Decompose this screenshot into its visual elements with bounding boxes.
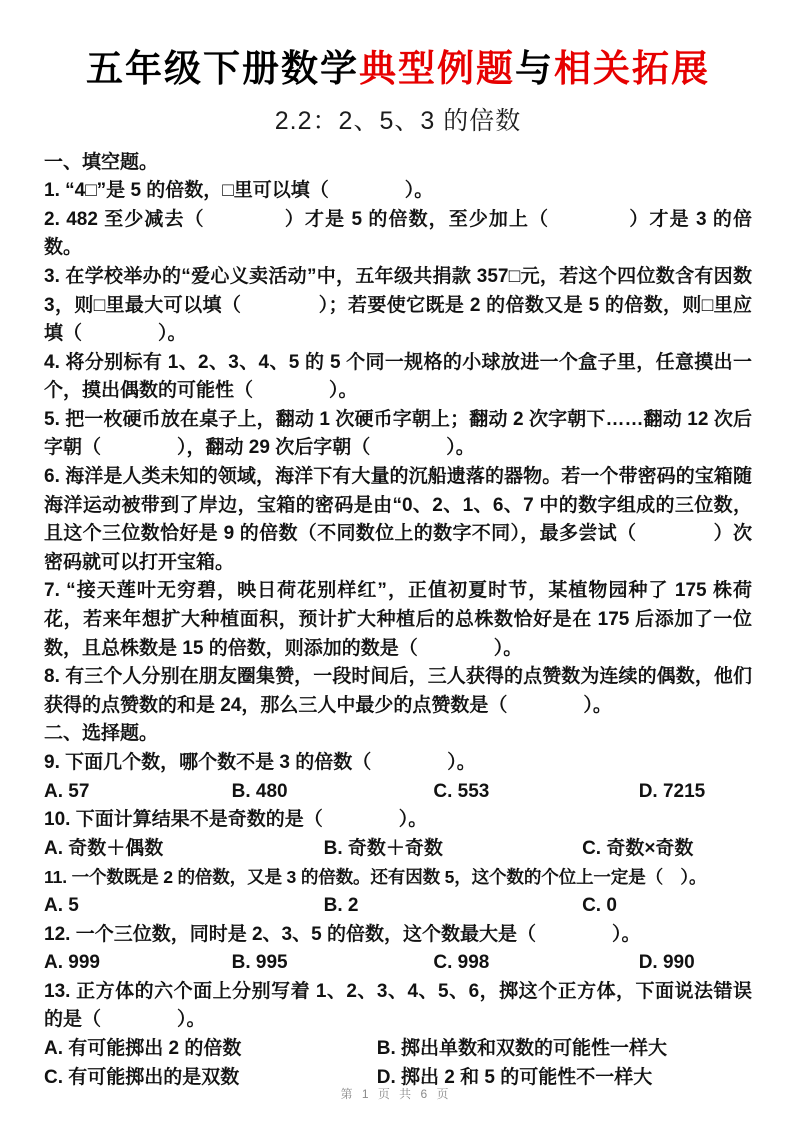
question-3: 3. 在学校举办的“爱心义卖活动”中，五年级共捐款 357□元，若这个四位数含有… [44, 263, 752, 349]
option-a: A. 有可能掷出 2 的倍数 [44, 1035, 377, 1064]
option-c: C. 553 [433, 778, 638, 807]
choice-section-heading: 二、选择题。 [44, 720, 752, 749]
option-a: A. 57 [44, 778, 232, 807]
option-b: B. 480 [232, 778, 434, 807]
worksheet-page: 五年级下册数学典型例题与相关拓展 2.2：2、5、3 的倍数 一、填空题。 1.… [0, 0, 792, 1122]
question-12: 12. 一个三位数，同时是 2、3、5 的倍数，这个数最大是（ ）。 [44, 921, 752, 950]
option-d: D. 990 [639, 949, 752, 978]
question-7: 7. “接天莲叶无穷碧，映日荷花别样红”，正值初夏时节，某植物园种了 175 株… [44, 577, 752, 663]
question-2: 2. 482 至少减去（ ）才是 5 的倍数，至少加上（ ）才是 3 的倍数。 [44, 206, 752, 263]
question-12-options: A. 999 B. 995 C. 998 D. 990 [44, 949, 752, 978]
title-part-typical-examples: 典型例题 [359, 48, 515, 89]
option-c: C. 奇数×奇数 [582, 835, 752, 864]
question-9: 9. 下面几个数，哪个数不是 3 的倍数（ ）。 [44, 749, 752, 778]
option-b: B. 奇数＋奇数 [324, 835, 582, 864]
option-a: A. 奇数＋偶数 [44, 835, 324, 864]
title-part-grade: 五年级下册数学 [86, 48, 359, 89]
question-6: 6. 海洋是人类未知的领域，海洋下有大量的沉船遗落的器物。若一个带密码的宝箱随海… [44, 463, 752, 577]
page-footer: 第 1 页 共 6 页 [0, 1085, 792, 1102]
question-8: 8. 有三个人分别在朋友圈集赞，一段时间后，三人获得的点赞数为连续的偶数，他们获… [44, 663, 752, 720]
title-part-and: 与 [515, 48, 554, 89]
question-13-options-row-1: A. 有可能掷出 2 的倍数 B. 掷出单数和双数的可能性一样大 [44, 1035, 752, 1064]
question-5: 5. 把一枚硬币放在桌子上，翻动 1 次硬币字朝上；翻动 2 次字朝下……翻动 … [44, 406, 752, 463]
option-c: C. 998 [433, 949, 638, 978]
page-title: 五年级下册数学典型例题与相关拓展 [44, 48, 752, 91]
option-b: B. 995 [232, 949, 434, 978]
question-11: 11. 一个数既是 2 的倍数，又是 3 的倍数。还有因数 5，这个数的个位上一… [44, 863, 752, 892]
option-a: A. 999 [44, 949, 232, 978]
question-11-options: A. 5 B. 2 C. 0 [44, 892, 752, 921]
option-a: A. 5 [44, 892, 324, 921]
title-part-extension: 相关拓展 [554, 48, 710, 89]
question-9-options: A. 57 B. 480 C. 553 D. 7215 [44, 778, 752, 807]
question-4: 4. 将分别标有 1、2、3、4、5 的 5 个同一规格的小球放进一个盒子里，任… [44, 349, 752, 406]
question-1: 1. “4□”是 5 的倍数，□里可以填（ ）。 [44, 177, 752, 206]
lesson-subtitle: 2.2：2、5、3 的倍数 [44, 101, 752, 137]
question-10: 10. 下面计算结果不是奇数的是（ ）。 [44, 806, 752, 835]
worksheet-body: 一、填空题。 1. “4□”是 5 的倍数，□里可以填（ ）。 2. 482 至… [44, 149, 752, 1093]
question-13: 13. 正方体的六个面上分别写着 1、2、3、4、5、6，掷这个正方体，下面说法… [44, 978, 752, 1035]
fill-in-section-heading: 一、填空题。 [44, 149, 752, 178]
question-10-options: A. 奇数＋偶数 B. 奇数＋奇数 C. 奇数×奇数 [44, 835, 752, 864]
option-d: D. 7215 [639, 778, 752, 807]
option-b: B. 2 [324, 892, 582, 921]
option-b: B. 掷出单数和双数的可能性一样大 [377, 1035, 752, 1064]
option-c: C. 0 [582, 892, 752, 921]
